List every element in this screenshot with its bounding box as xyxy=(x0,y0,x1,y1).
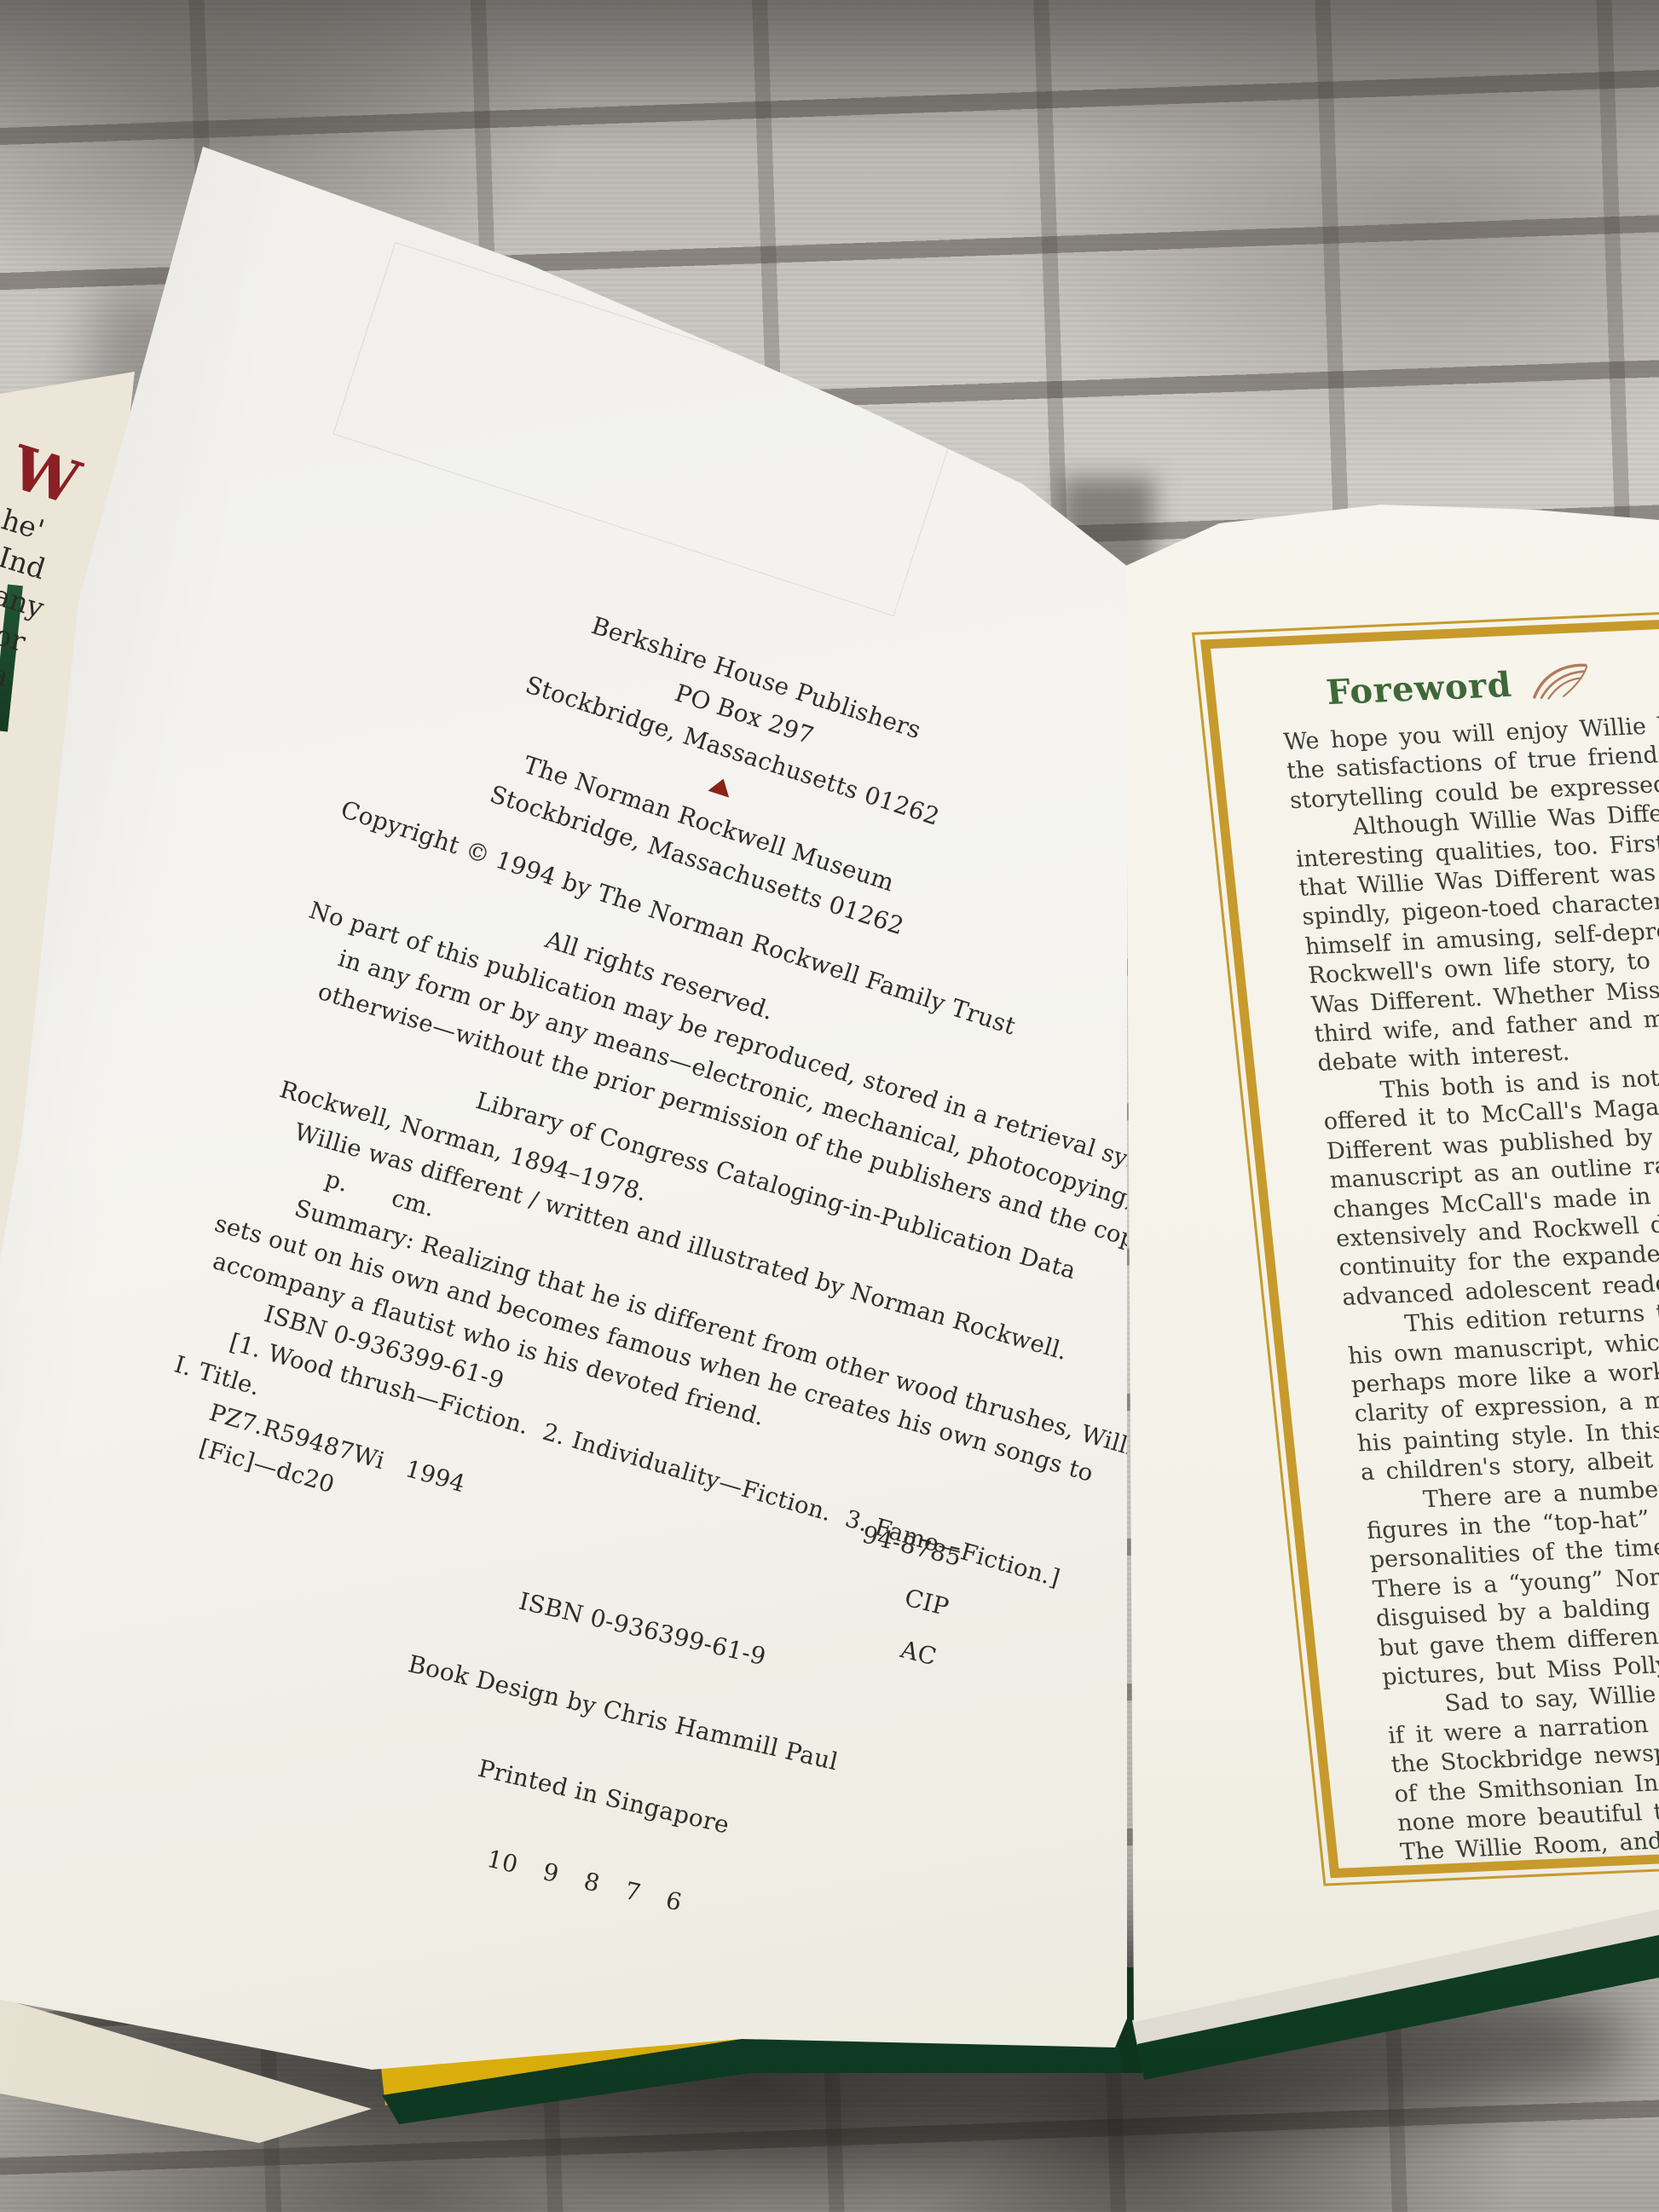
foreword-flourish-icon xyxy=(1523,658,1595,707)
foreword-content: Foreword We hope you will enjoy Willie W… xyxy=(1211,617,1659,1868)
flap-text-fragment: Ind xyxy=(0,540,49,586)
triangle-ornament xyxy=(708,776,734,798)
foreword-heading: Foreword xyxy=(1325,665,1514,713)
gold-border: Foreword We hope you will enjoy Willie W… xyxy=(1192,599,1659,1886)
flap-text-fragment: or xyxy=(0,618,30,659)
gold-border-inner-rule: Foreword We hope you will enjoy Willie W… xyxy=(1200,608,1659,1879)
open-book-photo: W he'Indanyora Foreword xyxy=(0,0,1659,2212)
foreword-body: We hope you will enjoy Willie Was Differ… xyxy=(1282,700,1659,1868)
